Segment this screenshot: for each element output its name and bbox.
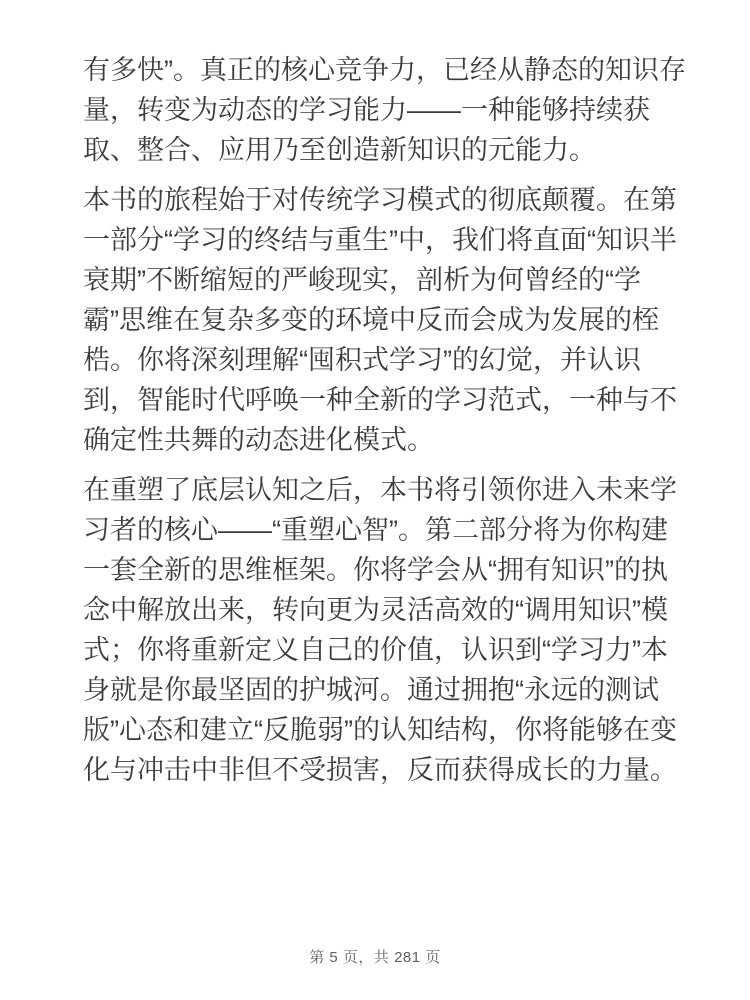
paragraph-3: 在重塑了底层认知之后，本书将引领你进入未来学习者的核心——“重塑心智”。第二部分… bbox=[83, 470, 690, 790]
page-number-indicator: 第 5 页，共 281 页 bbox=[0, 948, 750, 968]
paragraph-2: 本书的旅程始于对传统学习模式的彻底颠覆。在第一部分“学习的终结与重生”中，我们将… bbox=[83, 180, 690, 460]
paragraph-1: 有多快”。真正的核心竞争力，已经从静态的知识存量，转变为动态的学习能力——一种能… bbox=[83, 50, 690, 170]
document-page: 有多快”。真正的核心竞争力，已经从静态的知识存量，转变为动态的学习能力——一种能… bbox=[0, 0, 750, 1000]
page-body-text: 有多快”。真正的核心竞争力，已经从静态的知识存量，转变为动态的学习能力——一种能… bbox=[83, 50, 690, 800]
